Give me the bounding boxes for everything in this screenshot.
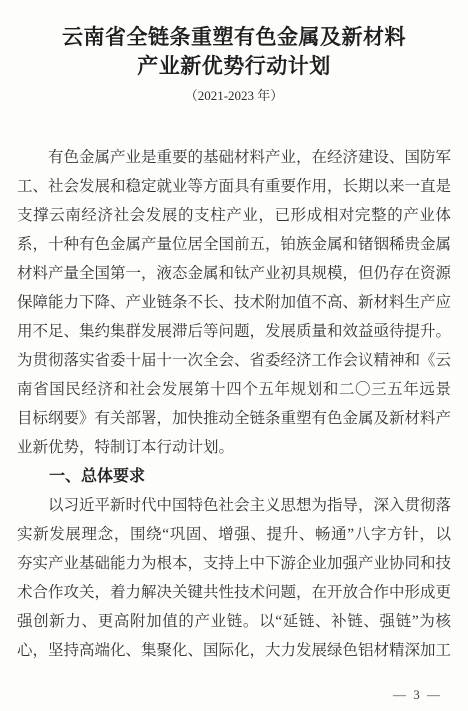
body-line: 术合作攻关，着力解决关键共性技术问题，在开放合作中形成更 bbox=[17, 578, 451, 607]
body-line: 强创新力、更高附加值的产业链。以“延链、补链、强链”为核 bbox=[17, 607, 451, 636]
page-number: — 3 — bbox=[393, 687, 442, 703]
document-page: 云南省全链条重塑有色金属及新材料 产业新优势行动计划 （2021-2023 年）… bbox=[0, 0, 468, 711]
body-line: 保障能力下降、产业链条不长、技术附加值不高、新材料生产应 bbox=[17, 288, 451, 317]
body-paragraph: 有色金属产业是重要的基础材料产业，在经济建设、国防军工、社会发展和稳定就业等方面… bbox=[17, 143, 451, 462]
body-line: 心，坚持高端化、集聚化、国际化，大力发展绿色铝材精深加工， bbox=[17, 636, 451, 665]
body-line: 有色金属产业是重要的基础材料产业，在经济建设、国防军 bbox=[17, 143, 451, 172]
body-line: 以习近平新时代中国特色社会主义思想为指导，深入贯彻落 bbox=[17, 491, 451, 520]
body-line: 工、社会发展和稳定就业等方面具有重要作用，长期以来一直是 bbox=[17, 172, 451, 201]
document-title: 云南省全链条重塑有色金属及新材料 产业新优势行动计划 bbox=[0, 0, 468, 81]
body-paragraph: 以习近平新时代中国特色社会主义思想为指导，深入贯彻落实新发展理念，围绕“巩固、增… bbox=[17, 491, 451, 665]
body-line: 目标纲要》有关部署，加快推动全链条重塑有色金属及新材料产 bbox=[17, 404, 451, 433]
body-line: 用不足、集约集群发展滞后等问题，发展质量和效益亟待提升。 bbox=[17, 317, 451, 346]
body-line: 支撑云南经济社会发展的支柱产业，已形成相对完整的产业体 bbox=[17, 201, 451, 230]
title-line-2: 产业新优势行动计划 bbox=[0, 52, 468, 81]
section-heading: 一、总体要求 bbox=[17, 462, 451, 491]
document-subtitle: （2021-2023 年） bbox=[0, 88, 468, 103]
body-line: 夯实产业基础能力为根本，支持上中下游企业加强产业协同和技 bbox=[17, 549, 451, 578]
body-line: 为贯彻落实省委十届十一次全会、省委经济工作会议精神和《云 bbox=[17, 346, 451, 375]
body-line: 系，十种有色金属产量位居全国前五，铂族金属和锗铟稀贵金属 bbox=[17, 230, 451, 259]
body-line: 业新优势，特制订本行动计划。 bbox=[17, 433, 451, 462]
body-line: 材料产量全国第一，液态金属和钛产业初具规模，但仍存在资源 bbox=[17, 259, 451, 288]
title-line-1: 云南省全链条重塑有色金属及新材料 bbox=[0, 23, 468, 52]
body-line: 实新发展理念，围绕“巩固、增强、提升、畅通”八字方针，以 bbox=[17, 520, 451, 549]
document-body: 有色金属产业是重要的基础材料产业，在经济建设、国防军工、社会发展和稳定就业等方面… bbox=[17, 143, 451, 665]
body-line: 南省国民经济和社会发展第十四个五年规划和二〇三五年远景 bbox=[17, 375, 451, 404]
